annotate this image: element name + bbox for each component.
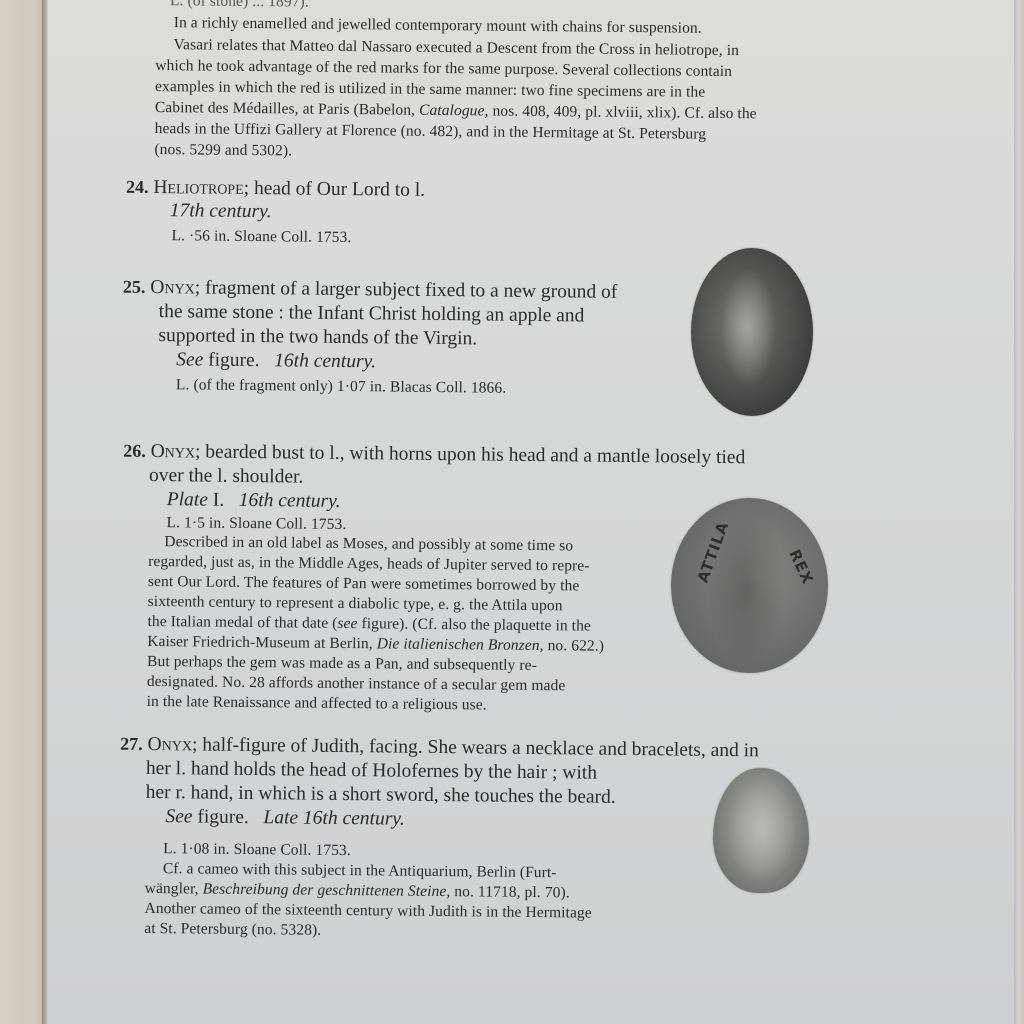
intro-text: Cabinet des Médailles, at Paris (Babelon…: [155, 99, 419, 119]
entry-27-measure: L. 1·08 in. Sloane Coll. 1753.: [163, 840, 351, 860]
entry-26-note: But perhaps the gem was made as a Pan, a…: [147, 653, 537, 675]
entry-26-plate: Plate I. 16th century.: [167, 489, 341, 513]
page-content: L. (of stone) ... 1897). In a richly ena…: [156, 0, 836, 7]
entry-24-date: 17th century.: [170, 200, 272, 223]
entry-number: 27.: [120, 734, 143, 754]
entry-26-note: Described in an old label as Moses, and …: [164, 533, 573, 555]
entry-description: ; half-figure of Judith, facing. She wea…: [192, 734, 759, 761]
entry-26-note: the Italian medal of that date (see figu…: [147, 613, 591, 636]
entry-description: ; head of Our Lord to l.: [244, 178, 426, 201]
cameo-figure-judith: [713, 768, 809, 893]
entry-number: 25.: [123, 277, 146, 297]
entry-number: 24.: [126, 177, 149, 197]
entry-26-note: designated. No. 28 affords another insta…: [147, 673, 566, 695]
entry-25-see: See figure. 16th century.: [176, 349, 376, 373]
entry-material: Heliotrope: [153, 177, 244, 199]
intro-line: (nos. 5299 and 5302).: [154, 141, 292, 160]
entry-24-measure: L. ·56 in. Sloane Coll. 1753.: [171, 227, 351, 247]
entry-27-note: at St. Petersburg (no. 5328).: [144, 920, 321, 940]
intro-line: In a richly enamelled and jewelled conte…: [174, 14, 702, 38]
entry-27-note: wängler, Beschreibung der geschnittenen …: [145, 880, 570, 902]
catalogue-title: Catalogue: [419, 102, 485, 120]
medal-figure-attila: ATTILA REX: [671, 498, 828, 673]
entry-25-heading: 25. Onyx; fragment of a larger subject f…: [123, 277, 618, 304]
entry-number: 26.: [123, 441, 146, 461]
gem-figure-infant-christ: [691, 248, 813, 416]
intro-line: Cabinet des Médailles, at Paris (Babelon…: [155, 99, 757, 123]
medal-inscription-right: REX: [785, 547, 817, 588]
intro-line: which he took advantage of the red marks…: [155, 57, 732, 81]
book-page: L. (of stone) ... 1897). In a richly ena…: [48, 0, 1016, 1024]
left-page-edge: [0, 0, 44, 1024]
entry-27-note: Another cameo of the sixteenth century w…: [144, 900, 592, 923]
entry-27-desc: her r. hand, in which is a short sword, …: [146, 782, 616, 809]
entry-26-measure: L. 1·5 in. Sloane Coll. 1753.: [166, 514, 346, 534]
entry-26-note: in the late Renaissance and affected to …: [147, 693, 487, 715]
partial-top-line: L. (of stone) ... 1897).: [170, 0, 309, 12]
entry-25-desc: supported in the two hands of the Virgin…: [158, 325, 477, 350]
figure-relief: [721, 268, 776, 388]
entry-27-note: Cf. a cameo with this subject in the Ant…: [163, 860, 557, 882]
entry-material: Onyx: [147, 734, 192, 755]
entry-26-note: regarded, just as, in the Middle Ages, h…: [148, 553, 590, 576]
figure-relief: [727, 778, 797, 883]
entry-24-heading: 24. Heliotrope; head of Our Lord to l.: [126, 177, 425, 202]
entry-description: ; bearded bust to l., with horns upon hi…: [195, 441, 745, 468]
entry-26-note: sixteenth century to represent a diaboli…: [148, 593, 563, 615]
entry-27-desc: her l. hand holds the head of Holofernes…: [146, 758, 597, 785]
entry-25-measure: L. (of the fragment only) 1·07 in. Blaca…: [176, 376, 506, 397]
entry-27-see: See figure. Late 16th century.: [165, 806, 405, 831]
intro-line: examples in which the red is utilized in…: [155, 78, 705, 102]
entry-material: Onyx: [150, 277, 195, 298]
entry-26-note: Kaiser Friedrich-Museum at Berlin, Die i…: [147, 633, 604, 656]
entry-25-desc: the same stone : the Infant Christ holdi…: [159, 301, 585, 327]
entry-material: Onyx: [151, 441, 196, 462]
entry-26-note: sent Our Lord. The features of Pan were …: [148, 573, 580, 596]
entry-26-desc: over the l. shoulder.: [149, 465, 304, 489]
entry-description: ; fragment of a larger subject fixed to …: [195, 277, 618, 302]
right-page-edge: [1014, 0, 1024, 1024]
intro-line: heads in the Uffizi Gallery at Florence …: [155, 120, 707, 144]
intro-line: Vasari relates that Matteo dal Nassaro e…: [173, 36, 739, 60]
